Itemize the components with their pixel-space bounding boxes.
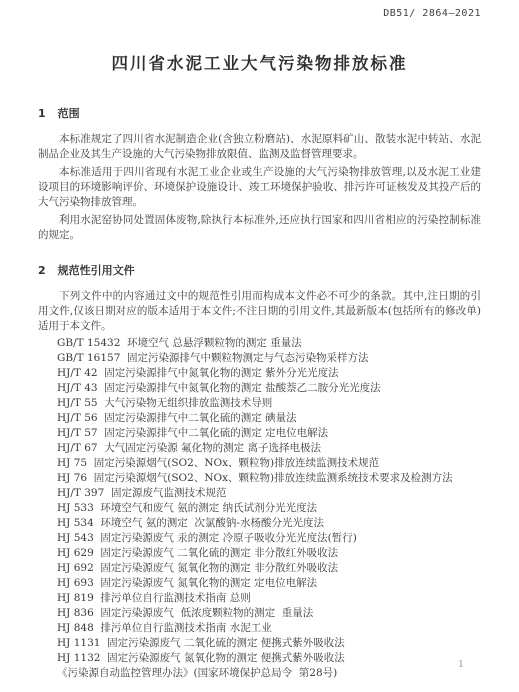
reference-item: HJ 543 固定污染源废气 汞的测定 冷原子吸收分光光度法(暂行) (38, 531, 481, 546)
reference-item: 《污染源自动监控管理办法》(国家环境保护总局令 第28号) (38, 666, 481, 681)
reference-item: HJ 693 固定污染源废气 氮氧化物的测定 定电位电解法 (38, 576, 481, 591)
doc-number: DB51/ 2864—2021 (38, 5, 481, 19)
reference-item: HJ 836 固定污染源废气 低浓度颗粒物的测定 重量法 (38, 606, 481, 621)
reference-item: HJ 692 固定污染源废气 氮氧化物的测定 非分散红外吸收法 (38, 561, 481, 576)
scope-paragraph-3: 利用水泥窑协同处置固体废物,除执行本标准外,还应执行国家和四川省相应的污染控制标… (38, 213, 481, 243)
reference-item: HJ/T 56 固定污染源排气中二氧化硫的测定 碘量法 (38, 411, 481, 426)
references-intro: 下列文件中的内容通过文中的规范性引用而构成本文件必不可少的条款。其中,注日期的引… (38, 289, 481, 334)
section-2-number: 2 (38, 264, 46, 277)
reference-item: HJ 629 固定污染源废气 二氧化硫的测定 非分散红外吸收法 (38, 546, 481, 561)
section-1-label: 范围 (58, 107, 80, 120)
reference-item: HJ 75 固定污染源烟气(SO2、NOx、颗粒物)排放连续监测技术规范 (38, 456, 481, 471)
section-scope: 1范围 本标准规定了四川省水泥制造企业(含独立粉磨站)、水泥原料矿山、散装水泥中… (38, 105, 481, 243)
reference-item: HJ 848 排污单位自行监测技术指南 水泥工业 (38, 621, 481, 636)
document-page: DB51/ 2864—2021 四川省水泥工业大气污染物排放标准 1范围 本标准… (0, 0, 519, 692)
reference-item: HJ 533 环境空气和废气 氨的测定 纳氏试剂分光光度法 (38, 501, 481, 516)
section-normative-references: 2规范性引用文件 下列文件中的内容通过文中的规范性引用而构成本文件必不可少的条款… (38, 262, 481, 681)
reference-item: HJ 534 环境空气 氨的测定 次氯酸钠-水杨酸分光光度法 (38, 516, 481, 531)
reference-item: HJ 76 固定污染源烟气(SO2、NOx、颗粒物)排放连续监测系统技术要求及检… (38, 471, 481, 486)
reference-item: GB/T 16157 固定污染源排气中颗粒物测定与气态污染物采样方法 (38, 351, 481, 366)
reference-item: HJ/T 55 大气污染物无组织排放监测技术导则 (38, 396, 481, 411)
scope-paragraph-2: 本标准适用于四川省现有水泥工业企业或生产设施的大气污染物排放管理,以及水泥工业建… (38, 165, 481, 210)
document-title: 四川省水泥工业大气污染物排放标准 (38, 50, 481, 74)
reference-item: HJ/T 57 固定污染源排气中二氧化硫的测定 定电位电解法 (38, 426, 481, 441)
reference-item: HJ 1132 固定污染源废气 氮氧化物的测定 便携式紫外吸收法 (38, 651, 481, 666)
reference-item: HJ 819 排污单位自行监测技术指南 总则 (38, 591, 481, 606)
section-2-label: 规范性引用文件 (58, 264, 135, 277)
reference-item: HJ/T 67 大气固定污染源 氟化物的测定 离子选择电极法 (38, 441, 481, 456)
scope-paragraph-1: 本标准规定了四川省水泥制造企业(含独立粉磨站)、水泥原料矿山、散装水泥中转站、水… (38, 132, 481, 162)
section-1-number: 1 (38, 107, 46, 120)
section-1-heading: 1范围 (38, 105, 481, 121)
section-2-heading: 2规范性引用文件 (38, 262, 481, 278)
reference-item: GB/T 15432 环境空气 总悬浮颗粒物的测定 重量法 (38, 336, 481, 351)
reference-item: HJ/T 42 固定污染源排气中氮氧化物的测定 紫外分光光度法 (38, 366, 481, 381)
references-list: GB/T 15432 环境空气 总悬浮颗粒物的测定 重量法 GB/T 16157… (38, 336, 481, 681)
page-number: 1 (458, 659, 464, 670)
reference-item: HJ 1131 固定污染源废气 二氧化硫的测定 便携式紫外吸收法 (38, 636, 481, 651)
reference-item: HJ/T 397 固定源废气监测技术规范 (38, 486, 481, 501)
reference-item: HJ/T 43 固定污染源排气中氮氧化物的测定 盐酸萘乙二胺分光光度法 (38, 381, 481, 396)
